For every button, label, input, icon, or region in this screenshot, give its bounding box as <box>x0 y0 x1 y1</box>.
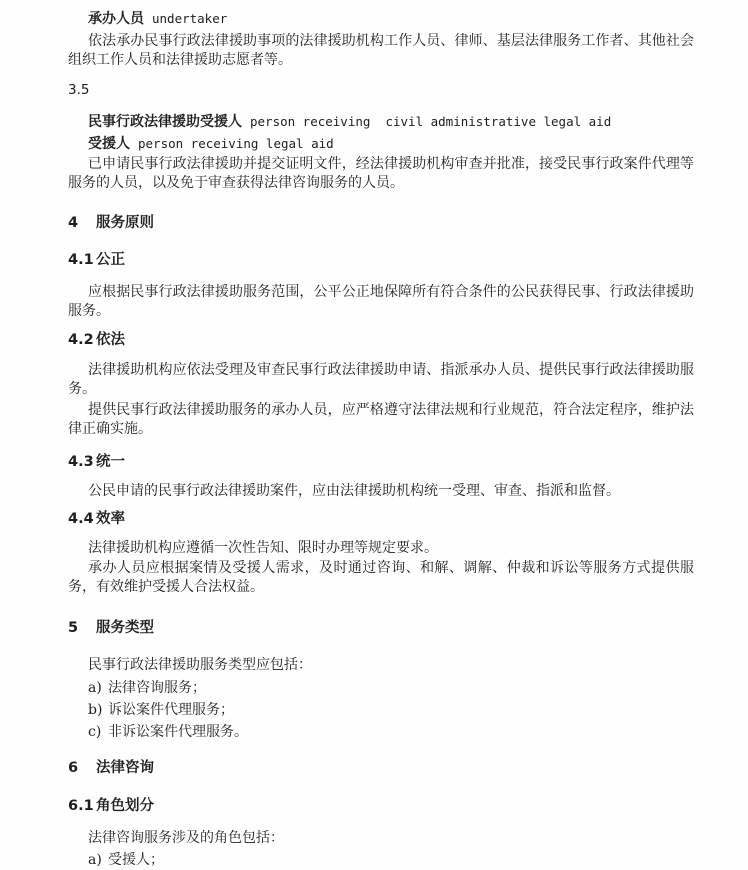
role-list: a)受援人； <box>68 849 694 870</box>
section-title: 法律咨询 <box>96 760 154 776</box>
list-item: c)非诉讼案件代理服务。 <box>68 721 694 743</box>
clause-number-3-5: 3.5 <box>68 81 694 100</box>
subsection-number: 4.1 <box>68 250 96 270</box>
paragraph-efficiency-1: 法律援助机构应遵循一次性告知、限时办理等规定要求。 <box>68 539 694 558</box>
list-item-text: 受援人； <box>108 852 164 868</box>
section-title: 服务类型 <box>96 620 154 636</box>
term-line-person-receiving-cal-aid: 民事行政法律援助受援人person receiving civil admini… <box>68 111 694 133</box>
list-item-marker: a) <box>88 849 108 870</box>
subsection-number: 4.3 <box>68 452 96 472</box>
term-zh: 受援人 <box>88 136 130 152</box>
section-number: 4 <box>68 213 96 233</box>
list-item-marker: b) <box>88 699 108 721</box>
term-en: person receiving legal aid <box>138 136 334 151</box>
subsection-title: 角色划分 <box>96 798 154 814</box>
subsection-title: 效率 <box>96 511 125 527</box>
list-item: b)诉讼案件代理服务； <box>68 699 694 721</box>
list-item-text: 非诉讼案件代理服务。 <box>108 724 248 740</box>
term-en: undertaker <box>152 11 227 26</box>
subsection-heading-4-4: 4.4效率 <box>68 509 694 529</box>
section-number: 5 <box>68 618 96 638</box>
list-item-marker: a) <box>88 677 108 699</box>
subsection-heading-6-1: 6.1角色划分 <box>68 796 694 816</box>
service-type-list: a)法律咨询服务； b)诉讼案件代理服务； c)非诉讼案件代理服务。 <box>68 677 694 743</box>
term-zh: 承办人员 <box>88 11 144 27</box>
section-heading-5: 5服务类型 <box>68 618 694 638</box>
term-line-undertaker: 承办人员undertaker <box>68 8 694 30</box>
subsection-title: 统一 <box>96 454 125 470</box>
list-item-text: 诉讼案件代理服务； <box>108 702 234 718</box>
subsection-title: 公正 <box>96 252 125 268</box>
paragraph-recipient-def: 已申请民事行政法律援助并提交证明文件，经法律援助机构审查并批准，接受民事行政案件… <box>68 155 694 193</box>
paragraph-lawful-2: 提供民事行政法律援助服务的承办人员，应严格遵守法律法规和行业规范，符合法定程序，… <box>68 401 694 439</box>
paragraph-fairness: 应根据民事行政法律援助服务范围，公平公正地保障所有符合条件的公民获得民事、行政法… <box>68 283 694 321</box>
term-line-person-receiving-legal-aid: 受援人person receiving legal aid <box>68 133 694 155</box>
term-en: person receiving civil administrative le… <box>250 114 611 129</box>
subsection-heading-4-2: 4.2依法 <box>68 330 694 350</box>
paragraph-undertaker-def: 依法承办民事行政法律援助事项的法律援助机构工作人员、律师、基层法律服务工作者、其… <box>68 32 694 70</box>
subsection-heading-4-1: 4.1公正 <box>68 250 694 270</box>
paragraph-roles-intro: 法律咨询服务涉及的角色包括： <box>68 829 694 848</box>
list-item-marker: c) <box>88 721 108 743</box>
list-item-text: 法律咨询服务； <box>108 680 206 696</box>
subsection-number: 4.2 <box>68 330 96 350</box>
paragraph-unified: 公民申请的民事行政法律援助案件，应由法律援助机构统一受理、审查、指派和监督。 <box>68 482 694 501</box>
subsection-number: 4.4 <box>68 509 96 529</box>
subsection-number: 6.1 <box>68 796 96 816</box>
term-zh: 民事行政法律援助受援人 <box>88 114 242 130</box>
section-heading-4: 4服务原则 <box>68 213 694 233</box>
paragraph-efficiency-2: 承办人员应根据案情及受援人需求，及时通过咨询、和解、调解、仲裁和诉讼等服务方式提… <box>68 559 694 597</box>
paragraph-service-types-intro: 民事行政法律援助服务类型应包括： <box>68 656 694 675</box>
document-page: 承办人员undertaker 依法承办民事行政法律援助事项的法律援助机构工作人员… <box>0 0 748 870</box>
list-item: a)法律咨询服务； <box>68 677 694 699</box>
section-title: 服务原则 <box>96 215 154 231</box>
subsection-heading-4-3: 4.3统一 <box>68 452 694 472</box>
subsection-title: 依法 <box>96 332 125 348</box>
section-heading-6: 6法律咨询 <box>68 758 694 778</box>
section-number: 6 <box>68 758 96 778</box>
paragraph-lawful-1: 法律援助机构应依法受理及审查民事行政法律援助申请、指派承办人员、提供民事行政法律… <box>68 361 694 399</box>
list-item: a)受援人； <box>68 849 694 870</box>
